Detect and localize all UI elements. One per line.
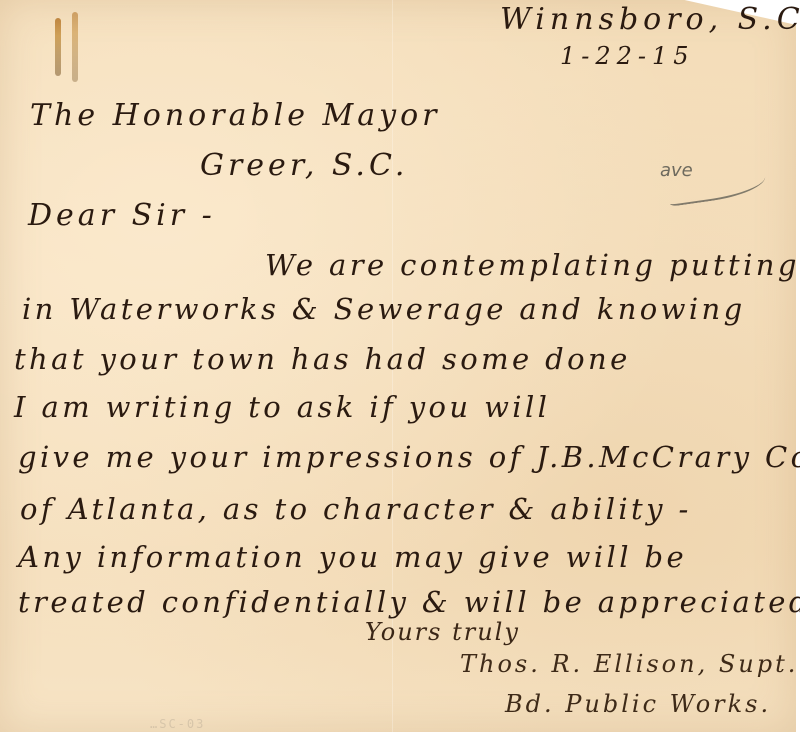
body-line: Any information you may give will be — [18, 540, 687, 574]
rust-staple-mark-icon — [72, 12, 78, 82]
body-line: We are contemplating putting — [265, 248, 800, 282]
signature-title: Bd. Public Works. — [505, 690, 771, 718]
body-line: treated confidentially & will be appreci… — [18, 585, 800, 619]
rust-staple-mark-icon — [55, 18, 61, 76]
closing: Yours truly — [365, 618, 520, 646]
body-line: I am writing to ask if you will — [14, 390, 550, 424]
recipient-line-2: Greer, S.C. — [200, 148, 408, 183]
body-line: of Atlanta, as to character & ability - — [20, 492, 692, 526]
faint-archive-stamp: …SC-03 — [150, 717, 205, 731]
document-page: Winnsboro, S.C. 1-22-15 The Honorable Ma… — [0, 0, 800, 738]
body-line: in Waterworks & Sewerage and knowing — [22, 292, 746, 326]
signature-name: Thos. R. Ellison, Supt. — [460, 650, 798, 678]
letter-date: 1-22-15 — [560, 42, 695, 70]
recipient-line-1: The Honorable Mayor — [30, 98, 441, 133]
salutation: Dear Sir - — [28, 198, 216, 233]
letter-place: Winnsboro, S.C. — [500, 2, 800, 37]
body-line: that your town has had some done — [14, 342, 631, 376]
body-line: give me your impressions of J.B.McCrary … — [18, 440, 800, 474]
